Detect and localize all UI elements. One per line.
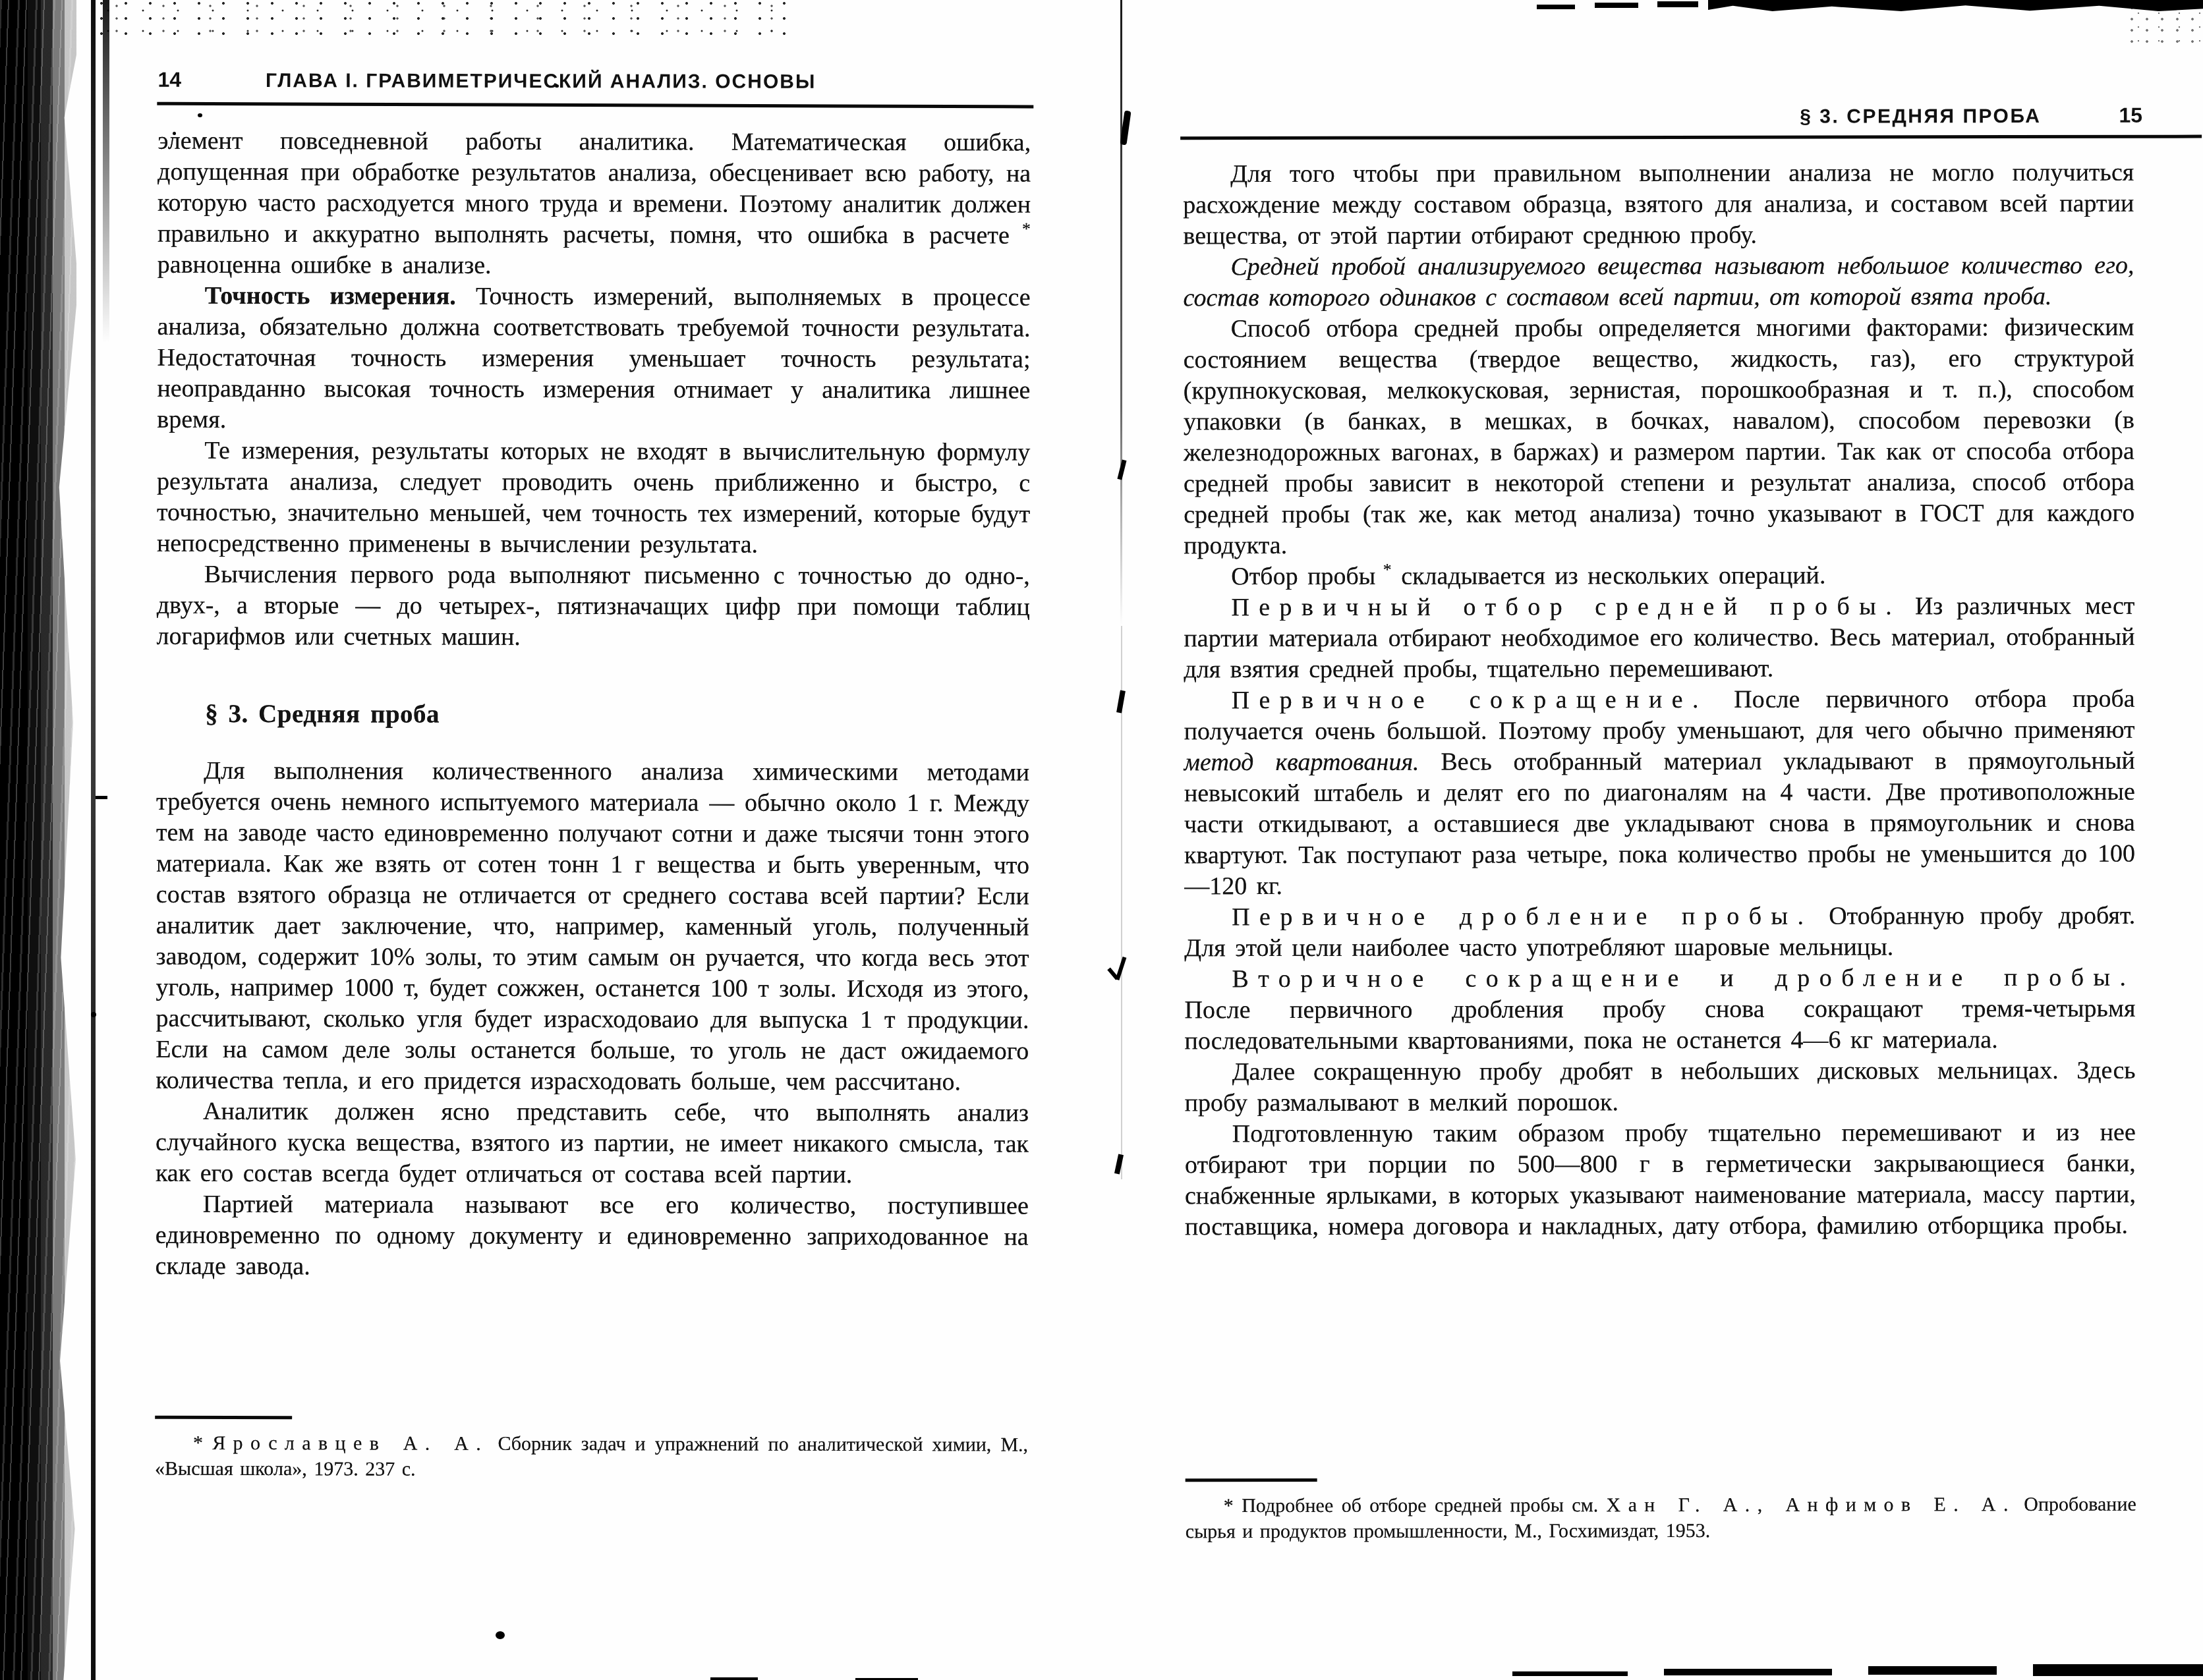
text-run: Способ отбора средней пробы определяется… bbox=[1184, 314, 2134, 560]
text-run: Ярославцев А. А. bbox=[212, 1432, 488, 1455]
page-number: 15 bbox=[2119, 103, 2142, 128]
footnote-rule bbox=[155, 1416, 292, 1419]
text-run: Вычисления первого рода выполняют письме… bbox=[157, 561, 1030, 651]
page-left: 14 ГЛАВА I. ГРАВИМЕТРИЧЕСКИЙ АНАЛИЗ. ОСН… bbox=[0, 0, 1122, 1680]
paragraph: Вычисления первого рода выполняют письме… bbox=[157, 559, 1030, 654]
paragraph: Вторичное сокращение и дробление пробы. … bbox=[1184, 963, 2135, 1057]
paragraph: * Ярославцев А. А. Сборник задач и упраж… bbox=[155, 1430, 1028, 1484]
text-run: равноценна ошибке в анализе. bbox=[157, 251, 492, 279]
page-body: Для того чтобы при правильном выполнении… bbox=[1183, 157, 2136, 1243]
text-run: Для выполнения количественного анализа х… bbox=[156, 757, 1029, 1096]
paragraph: Для того чтобы при правильном выполнении… bbox=[1183, 157, 2134, 252]
text-run: Средней пробой анализируемого вещества н… bbox=[1184, 252, 2134, 312]
footnote-rule bbox=[1186, 1478, 1317, 1482]
paragraph: Те измерения, результаты которых не вход… bbox=[157, 435, 1030, 561]
paragraph: Первичное дробление пробы. Отобранную пр… bbox=[1184, 901, 2135, 965]
text-run: элемент повседневной работы аналитика. М… bbox=[157, 127, 1031, 250]
running-head: 14 ГЛАВА I. ГРАВИМЕТРИЧЕСКИЙ АНАЛИЗ. ОСН… bbox=[157, 68, 1033, 94]
text-run: Хан Г. А., Анфимов Е. А. bbox=[1607, 1494, 2016, 1516]
paragraph: элемент повседневной работы аналитика. М… bbox=[157, 126, 1031, 283]
text-run: Вторичное сокращение и дробление пробы. bbox=[1232, 964, 2135, 993]
text-run: метод квартования. bbox=[1184, 748, 1419, 777]
paragraph: Первичное сокращение. После первичного о… bbox=[1184, 684, 2136, 903]
text-run: Далее сокращенную пробу дробят в небольш… bbox=[1185, 1057, 2136, 1117]
footnote: * Подробнее об отборе средней пробы см. … bbox=[1186, 1492, 2136, 1545]
paragraph: Точность измерения. Точность измерений, … bbox=[157, 281, 1030, 437]
text-run: Партией материала называют все его колич… bbox=[156, 1190, 1029, 1280]
text-run: * bbox=[1010, 219, 1031, 238]
text-run: § 3. Средняя проба bbox=[205, 700, 440, 729]
text-run: Первичное сокращение. bbox=[1232, 686, 1708, 714]
text-run: Отбор пробы bbox=[1231, 563, 1375, 590]
paragraph: Первичный отбор средней пробы. Из различ… bbox=[1184, 591, 2134, 686]
text-run: * bbox=[193, 1432, 212, 1454]
paragraph: Отбор пробы * складывается из нескольких… bbox=[1184, 560, 2134, 593]
footnote: * Ярославцев А. А. Сборник задач и упраж… bbox=[155, 1430, 1028, 1484]
paragraph: * Подробнее об отборе средней пробы см. … bbox=[1186, 1492, 2136, 1545]
page-right: § 3. СРЕДНЯЯ ПРОБА 15 Для того чтобы при… bbox=[1119, 0, 2203, 1680]
page-body: элемент повседневной работы аналитика. М… bbox=[156, 126, 1031, 1284]
text-run: * bbox=[1375, 560, 1391, 579]
text-run: Для того чтобы при правильном выполнении… bbox=[1183, 159, 2134, 250]
book-spread-scan: 14 ГЛАВА I. ГРАВИМЕТРИЧЕСКИЙ АНАЛИЗ. ОСН… bbox=[0, 0, 2203, 1680]
header-rule bbox=[157, 102, 1033, 109]
text-run: После первичного дробления пробу снова с… bbox=[1184, 995, 2135, 1055]
text-run: складывается из нескольких операций. bbox=[1392, 562, 1826, 590]
text-run: Точность измерения. bbox=[205, 282, 456, 310]
text-run: Подготовленную таким образом пробу тщате… bbox=[1185, 1119, 2136, 1241]
text-run: Первичное дробление пробы. bbox=[1232, 903, 1813, 932]
paragraph: Подготовленную таким образом пробу тщате… bbox=[1185, 1117, 2136, 1243]
header-rule bbox=[1180, 135, 2202, 140]
running-head: § 3. СРЕДНЯЯ ПРОБА 15 bbox=[1182, 103, 2202, 130]
paragraph: Способ отбора средней пробы определяется… bbox=[1184, 312, 2135, 562]
paragraph: Партией материала называют все его колич… bbox=[156, 1189, 1029, 1284]
text-run: Первичный отбор средней пробы. bbox=[1231, 592, 1901, 621]
text-run: Те измерения, результаты которых не вход… bbox=[157, 437, 1030, 559]
section-heading: § 3. Средняя проба bbox=[205, 698, 1029, 731]
text-run: Аналитик должен ясно представить себе, ч… bbox=[156, 1098, 1029, 1189]
paragraph: Средней пробой анализируемого вещества н… bbox=[1183, 250, 2134, 314]
running-title: ГЛАВА I. ГРАВИМЕТРИЧЕСКИЙ АНАЛИЗ. ОСНОВЫ bbox=[266, 70, 816, 94]
paragraph: Для выполнения количественного анализа х… bbox=[156, 756, 1029, 1098]
paragraph: Аналитик должен ясно представить себе, ч… bbox=[156, 1096, 1029, 1191]
paragraph: Далее сокращенную пробу дробят в небольш… bbox=[1185, 1055, 2136, 1119]
running-title: § 3. СРЕДНЯЯ ПРОБА bbox=[1800, 105, 2041, 128]
page-number: 14 bbox=[157, 68, 181, 92]
text-run: * Подробнее об отборе средней пробы см. bbox=[1224, 1494, 1607, 1517]
